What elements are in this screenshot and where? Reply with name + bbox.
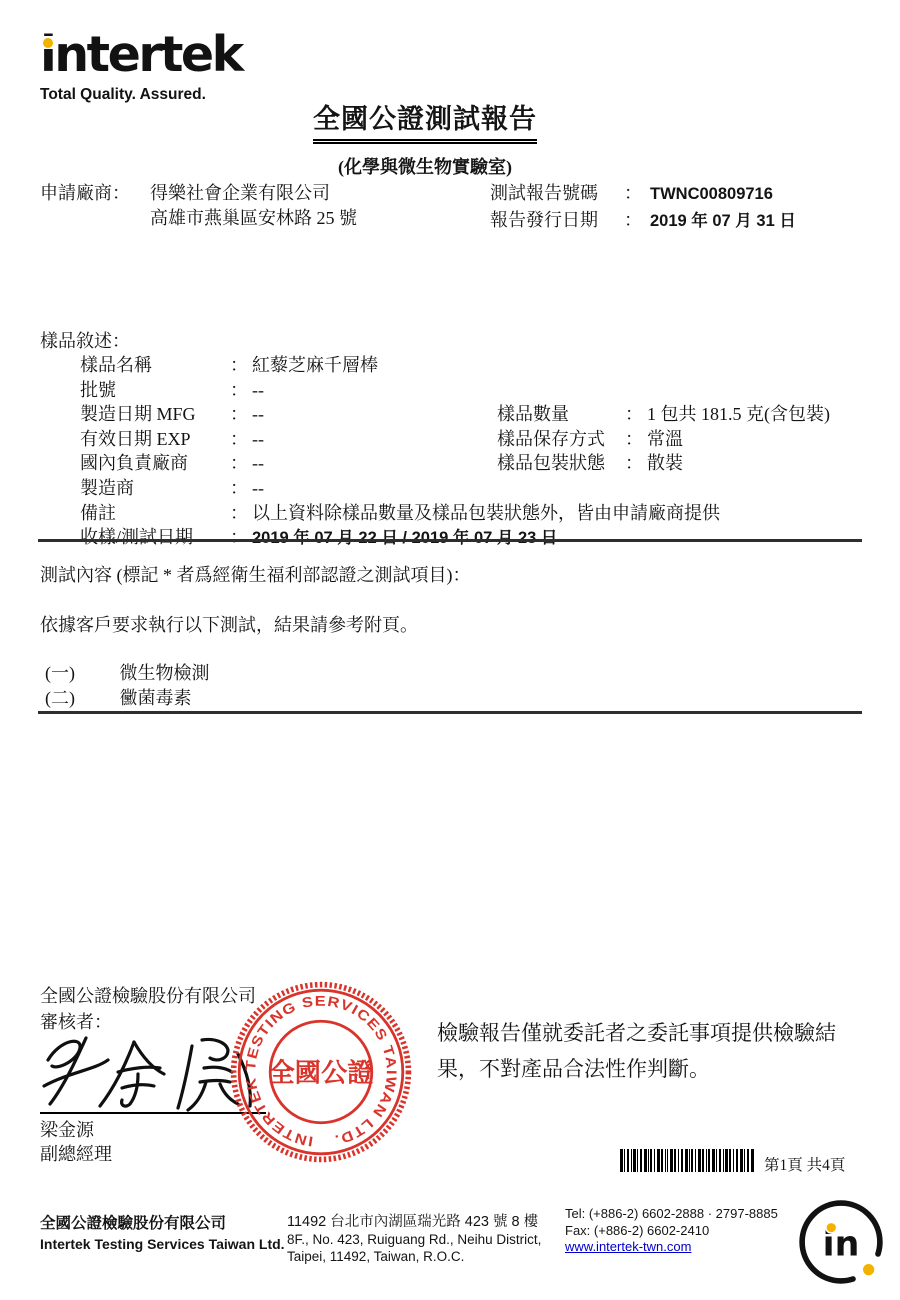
page-number: 第1頁 共4頁 xyxy=(764,1153,845,1175)
field-value: 以上資料除樣品數量及樣品包裝狀態外，皆由申請廠商提供 xyxy=(252,499,720,525)
sample-row-quantity: 樣品數量 ： 1 包共 181.5 克(含包裝) xyxy=(497,400,830,425)
test-content-heading: 測試內容 (標記 * 者爲經衛生福利部認證之測試項目)： xyxy=(40,563,471,588)
colon: ： xyxy=(624,181,650,206)
sample-heading: 樣品敘述： xyxy=(40,329,130,354)
divider-top xyxy=(38,539,862,542)
intertek-in-logo: in xyxy=(797,1198,885,1286)
report-meta: 測試報告號碼 ： TWNC00809716 報告發行日期 ： 2019 年 07… xyxy=(490,181,796,233)
report-number-value: TWNC00809716 xyxy=(650,182,773,207)
title-block: 全國公證測試報告 (化學與微生物實驗室) xyxy=(250,97,600,179)
field-value: -- xyxy=(252,380,264,401)
colon: ： xyxy=(625,425,647,451)
colon: ： xyxy=(230,523,252,549)
logo-i-dot-yellow xyxy=(43,38,53,48)
field-label: 樣品名稱 xyxy=(80,351,230,377)
barcode xyxy=(620,1149,754,1172)
sample-row-name: 樣品名稱 ： 紅藜芝麻千層棒 xyxy=(80,351,720,376)
colon: ： xyxy=(625,400,647,426)
in-logo-yellow-dot-i xyxy=(827,1223,836,1232)
company-stamp: INTERTEK TESTING SERVICES TAIWAN LTD. 全國… xyxy=(227,978,415,1166)
report-number-row: 測試報告號碼 ： TWNC00809716 xyxy=(490,181,796,207)
report-number-label: 測試報告號碼 xyxy=(490,181,624,206)
page-subtitle: (化學與微生物實驗室) xyxy=(250,153,600,179)
footer-contact: Tel: (+886-2) 6602-2888 · 2797-8885 Fax:… xyxy=(565,1206,778,1256)
issue-date-row: 報告發行日期 ： 2019 年 07 月 31 日 xyxy=(490,208,796,234)
disclaimer-text: 檢驗報告僅就委託者之委託事項提供檢驗結果，不對產品合法性作判斷。 xyxy=(437,1016,839,1087)
field-value: -- xyxy=(252,453,264,474)
test-item-name: 黴菌毒素 xyxy=(120,688,192,708)
footer-address: 11492 台北市內湖區瑞光路 423 號 8 樓 8F., No. 423, … xyxy=(287,1213,541,1266)
field-value: 紅藜芝麻千層棒 xyxy=(252,351,378,377)
footer-company-zh: 全國公證檢驗股份有限公司 xyxy=(40,1214,285,1235)
divider-bottom xyxy=(38,711,862,714)
field-value: 散裝 xyxy=(647,449,683,475)
sample-row-packing: 樣品包裝狀態 ： 散裝 xyxy=(497,449,830,474)
footer-address-zh: 11492 台北市內湖區瑞光路 423 號 8 樓 xyxy=(287,1213,541,1232)
test-item-index: (一) xyxy=(45,661,115,686)
footer-fax: Fax: (+886-2) 6602-2410 xyxy=(565,1223,778,1240)
sample-row-manufacturer: 製造商 ： -- xyxy=(80,474,720,499)
reviewer-title: 副總經理 xyxy=(40,1142,112,1167)
colon: ： xyxy=(230,351,252,377)
footer-tel: Tel: (+886-2) 6602-2888 · 2797-8885 xyxy=(565,1206,778,1223)
footer-company-en: Intertek Testing Services Taiwan Ltd. xyxy=(40,1235,285,1254)
report-page: intertek Total Quality. Assured. 全國公證測試報… xyxy=(0,0,900,1300)
applicant-address: 高雄市燕巢區安林路 25 號 xyxy=(150,206,357,231)
colon: ： xyxy=(230,449,252,475)
field-label: 製造日期 MFG xyxy=(80,400,230,426)
in-logo-yellow-dot-edge xyxy=(863,1264,874,1275)
page-title: 全國公證測試報告 xyxy=(313,97,537,141)
field-label: 有效日期 EXP xyxy=(80,425,230,451)
field-label: 批號 xyxy=(80,376,230,402)
field-label: 樣品包裝狀態 xyxy=(497,449,625,475)
sample-row-remark: 備註 ： 以上資料除樣品數量及樣品包裝狀態外，皆由申請廠商提供 xyxy=(80,499,720,524)
field-value: -- xyxy=(252,429,264,450)
colon: ： xyxy=(230,499,252,525)
applicant-label: 申請廠商： xyxy=(40,181,150,206)
stamp-center-text: 全國公證 xyxy=(268,1057,373,1087)
footer-address-en-1: 8F., No. 423, Ruiguang Rd., Neihu Distri… xyxy=(287,1232,541,1249)
colon: ： xyxy=(625,449,647,475)
colon: ： xyxy=(230,474,252,500)
field-label: 樣品數量 xyxy=(497,400,625,426)
intertek-logo: intertek Total Quality. Assured. xyxy=(40,30,242,104)
signature-company: 全國公證檢驗股份有限公司 xyxy=(40,984,256,1009)
intertek-wordmark: intertek xyxy=(40,30,242,79)
field-value: 1 包共 181.5 克(含包裝) xyxy=(647,400,830,426)
intertek-tagline: Total Quality. Assured. xyxy=(40,86,242,104)
sample-row-receive-test-date: 收樣/測試日期 ： 2019 年 07 月 22 日 / 2019 年 07 月… xyxy=(80,523,720,548)
test-item-name: 微生物檢測 xyxy=(120,663,210,683)
field-label: 國內負責廠商 xyxy=(80,449,230,475)
colon: ： xyxy=(624,208,650,233)
field-value: -- xyxy=(252,404,264,425)
test-content-note: 依據客戶要求執行以下測試，結果請參考附頁。 xyxy=(40,613,418,638)
applicant-row: 申請廠商： 得樂社會企業有限公司 xyxy=(40,181,330,206)
colon: ： xyxy=(230,425,252,451)
field-label: 收樣/測試日期 xyxy=(80,523,230,549)
issue-date-value: 2019 年 07 月 31 日 xyxy=(650,209,796,234)
test-item-2: (二) 黴菌毒素 xyxy=(45,686,192,711)
field-value: 2019 年 07 月 22 日 / 2019 年 07 月 23 日 xyxy=(252,524,557,548)
colon: ： xyxy=(230,400,252,426)
sample-right-column: 樣品數量 ： 1 包共 181.5 克(含包裝) 樣品保存方式 ： 常溫 樣品包… xyxy=(497,400,830,474)
applicant-name: 得樂社會企業有限公司 xyxy=(150,181,330,206)
test-item-1: (一) 微生物檢測 xyxy=(45,661,210,686)
field-value: 常溫 xyxy=(647,425,683,451)
colon: ： xyxy=(230,376,252,402)
field-label: 製造商 xyxy=(80,474,230,500)
field-label: 樣品保存方式 xyxy=(497,425,625,451)
field-label: 備註 xyxy=(80,499,230,525)
footer-company: 全國公證檢驗股份有限公司 Intertek Testing Services T… xyxy=(40,1214,285,1254)
sample-row-batch: 批號 ： -- xyxy=(80,376,720,401)
sample-row-storage: 樣品保存方式 ： 常溫 xyxy=(497,425,830,450)
issue-date-label: 報告發行日期 xyxy=(490,208,624,233)
test-item-index: (二) xyxy=(45,686,115,711)
reviewer-name: 梁金源 xyxy=(40,1118,94,1143)
footer-address-en-2: Taipei, 11492, Taiwan, R.O.C. xyxy=(287,1249,541,1266)
field-value: -- xyxy=(252,478,264,499)
footer-website-link[interactable]: www.intertek-twn.com xyxy=(565,1239,691,1254)
